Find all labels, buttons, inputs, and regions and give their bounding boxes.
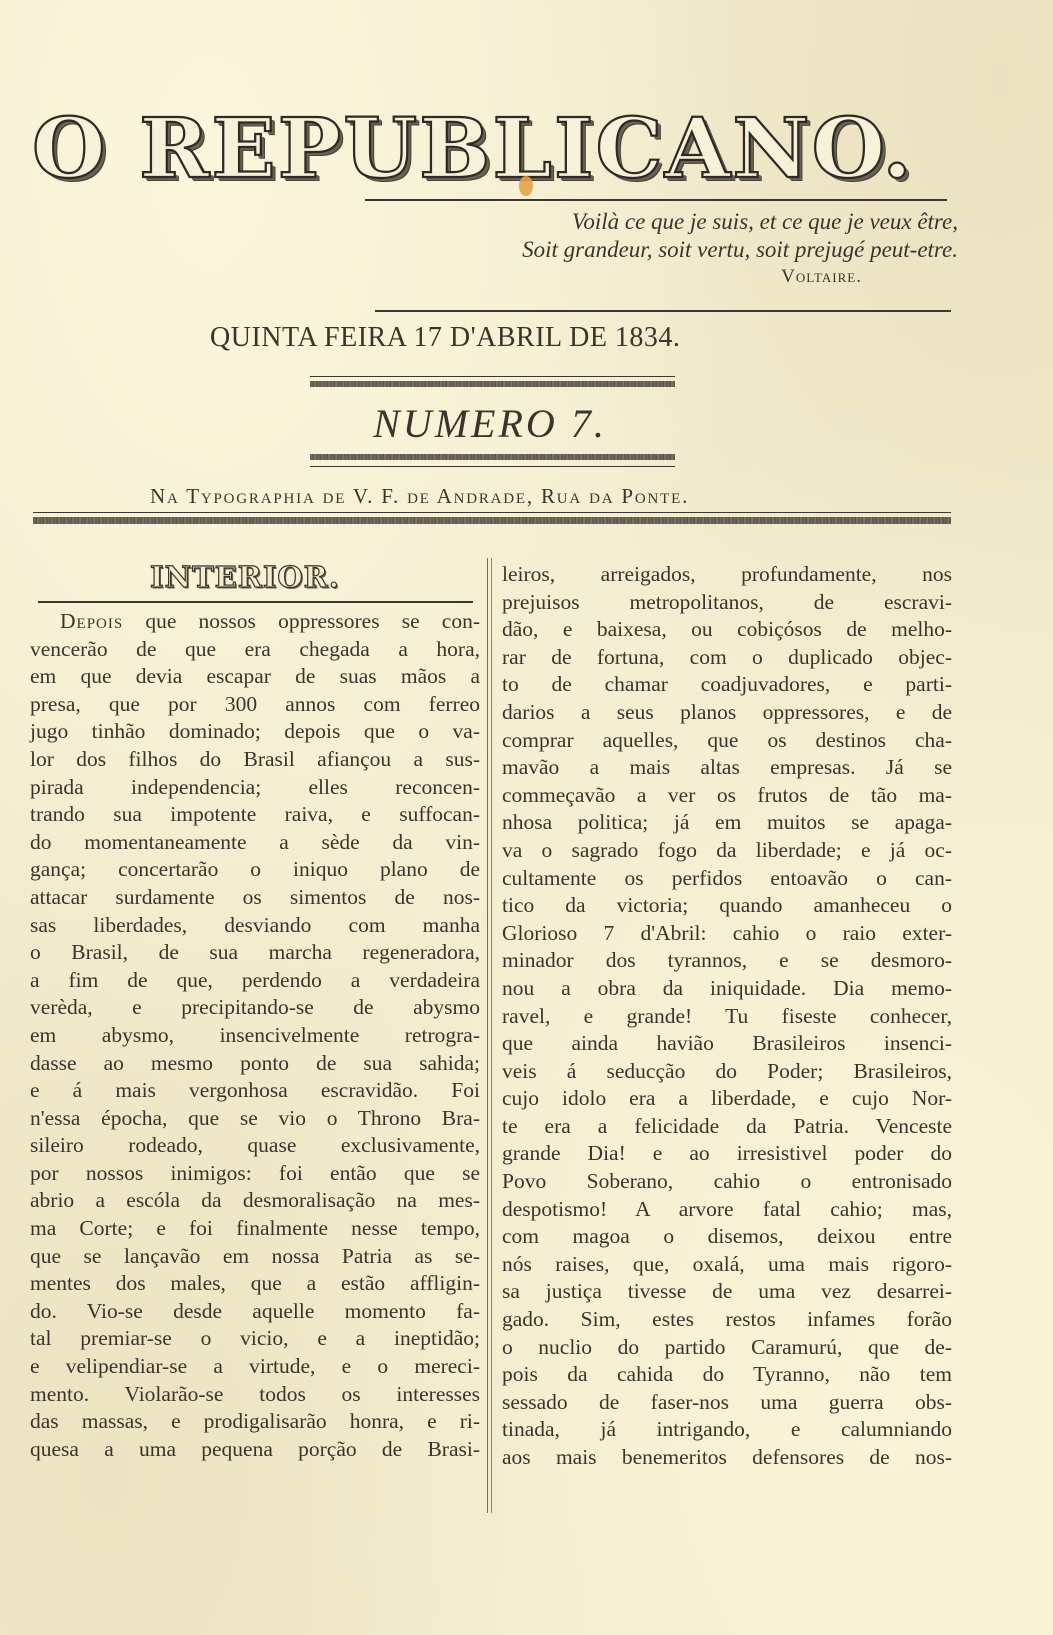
article-line: trando sua impotente raiva, e suffocan- (30, 801, 480, 829)
article-line: gado. Sim, estes restos infames forão (502, 1306, 952, 1334)
issue-date: QUINTA FEIRA 17 D'ABRIL DE 1834. (210, 322, 790, 354)
article-line: cujo idolo era a liberdade, e cujo Nor- (502, 1085, 952, 1113)
article-line: attacar surdamente os simentos de nos- (30, 884, 480, 912)
article-line: te era a felicidade da Patria. Venceste (502, 1113, 952, 1141)
article-line: das massas, e prodigalisarão honra, e ri… (30, 1408, 480, 1436)
masthead: O REPUBLICANO. (32, 108, 932, 190)
article-line: nou a obra da iniquidade. Dia memo- (502, 975, 952, 1003)
article-line: do. Vio-se desde aquelle momento fa- (30, 1298, 480, 1326)
article-line: sessado de faser-nos uma guerra obs- (502, 1389, 952, 1417)
article-line: presa, que por 300 annos com ferreo (30, 691, 480, 719)
article-line: Depois que nossos oppressores se con- (30, 608, 480, 636)
article-line: verèda, e precipitando-se de abysmo (30, 994, 480, 1022)
article-line: despotismo! A arvore fatal cahio; mas, (502, 1196, 952, 1224)
article-line: nós raises, que, oxalá, uma mais rigoro- (502, 1251, 952, 1279)
article-line: ravel, e grande! Tu fiseste conhecer, (502, 1003, 952, 1031)
numero-rule-bottom-thin (310, 466, 675, 467)
article-line: vencerão de que era chegada a hora, (30, 636, 480, 664)
article-line: com magoa o disemos, deixou entre (502, 1223, 952, 1251)
article-line: o nuclio do partido Caramurú, que de- (502, 1334, 952, 1362)
opening-word: Depois (60, 609, 123, 633)
article-line: comprar aquelles, que os destinos cha- (502, 727, 952, 755)
article-line: que se lançavão em nossa Patria as se- (30, 1243, 480, 1271)
epigraph-author: Voltaire. (360, 264, 958, 290)
article-line: Glorioso 7 d'Abril: cahio o raio exter- (502, 920, 952, 948)
article-line: tal premiar-se o vicio, e a ineptidão; (30, 1325, 480, 1353)
article-line: minador dos tyrannos, e se desmoro- (502, 947, 952, 975)
article-line: do momentaneamente a sède da vin- (30, 829, 480, 857)
header-rule (33, 517, 951, 524)
article-line: mavão a mais altas empresas. Já se (502, 754, 952, 782)
article-line: Povo Soberano, cahio o entronisado (502, 1168, 952, 1196)
article-line: grande Dia! e ao irresistivel poder do (502, 1140, 952, 1168)
article-line: quesa a uma pequena porção de Brasi- (30, 1436, 480, 1464)
issue-number: NUMERO 7. (300, 400, 680, 447)
article-line: abrio a escóla da desmoralisação na mes- (30, 1187, 480, 1215)
article-line: lor dos filhos do Brasil afiançou a sus- (30, 746, 480, 774)
article-line: veis á seducção do Poder; Brasileiros, (502, 1058, 952, 1086)
article-line: ma Corte; e foi finalmente nesse tempo, (30, 1215, 480, 1243)
section-rule (38, 601, 473, 603)
epigraph-rule (375, 310, 951, 312)
article-line: sileiro rodeado, quase exclusivamente, (30, 1132, 480, 1160)
article-line: gança; concertarão o iniquo plano de (30, 856, 480, 884)
column-divider (487, 558, 492, 1513)
article-line: a fim de que, perdendo a verdadeira (30, 967, 480, 995)
article-line: darios a seus planos oppressores, e de (502, 699, 952, 727)
article-line: cultamente os perfidos entoavão o can- (502, 865, 952, 893)
article-line: tico da victoria; quando amanheceu o (502, 892, 952, 920)
article-left-column: Depois que nossos oppressores se con- ve… (30, 608, 480, 1463)
article-line: mento. Violarão-se todos os interesses (30, 1381, 480, 1409)
article-line: aos mais benemeritos defensores de nos- (502, 1444, 952, 1472)
article-line: o Brasil, de sua marcha regeneradora, (30, 939, 480, 967)
article-line: que ainda havião Brasileiros insenci- (502, 1030, 952, 1058)
article-line: prejuisos metropolitanos, de escravi- (502, 589, 952, 617)
header-rule-thin (33, 512, 951, 513)
ink-stain (519, 176, 533, 196)
article-line: dasse ao mesmo ponto de sua sahida; (30, 1050, 480, 1078)
article-line: por nossos inimigos: foi então que se (30, 1160, 480, 1188)
article-line: jugo tinhão dominado; depois que o va- (30, 718, 480, 746)
article-line: mentes dos males, que a estão affligin- (30, 1270, 480, 1298)
article-line: commeçavão a ver os frutos de tão ma- (502, 782, 952, 810)
epigraph-line-1: Voilà ce que je suis, et ce que je veux … (360, 208, 958, 236)
article-line: e velipendiar-se a virtude, e o mereci- (30, 1353, 480, 1381)
numero-rule-top-thin (310, 376, 675, 377)
masthead-rule (365, 199, 947, 201)
article-line: va o sagrado fogo da liberdade; e já oc- (502, 837, 952, 865)
epigraph: Voilà ce que je suis, et ce que je veux … (360, 208, 958, 290)
article-line: n'essa épocha, que se vio o Throno Bra- (30, 1105, 480, 1133)
article-line: sa justiça tivesse de uma vez desarrei- (502, 1278, 952, 1306)
numero-rule-top (310, 381, 675, 387)
epigraph-line-2: Soit grandeur, soit vertu, soit prejugé … (360, 236, 958, 264)
article-line: tinada, já intrigando, e calumniando (502, 1416, 952, 1444)
article-line: pirada independencia; elles reconcen- (30, 774, 480, 802)
article-line: dão, e baixesa, ou cobiçósos de melho- (502, 616, 952, 644)
article-line: em abysmo, insencivelmente retrogra- (30, 1022, 480, 1050)
newspaper-page: O REPUBLICANO. Voilà ce que je suis, et … (0, 0, 1053, 1635)
article-line: pois da cahida do Tyranno, não tem (502, 1361, 952, 1389)
numero-rule-bottom (310, 454, 675, 460)
newspaper-title: O REPUBLICANO. (32, 108, 914, 190)
article-line: e á mais vergonhosa escravidão. Foi (30, 1077, 480, 1105)
article-line: nhosa politica; já em muitos se apaga- (502, 809, 952, 837)
section-heading: INTERIOR. (150, 560, 340, 594)
printer-line: Na Typographia de V. F. de Andrade, Rua … (150, 484, 870, 509)
article-line: rar de fortuna, com o duplicado objec- (502, 644, 952, 672)
article-line: to de chamar coadjuvadores, e parti- (502, 671, 952, 699)
article-line: leiros, arreigados, profundamente, nos (502, 561, 952, 589)
article-line: sas liberdades, desviando com manha (30, 912, 480, 940)
article-line: em que devia escapar de suas mãos a (30, 663, 480, 691)
article-right-column: leiros, arreigados, profundamente, nos p… (502, 561, 952, 1472)
